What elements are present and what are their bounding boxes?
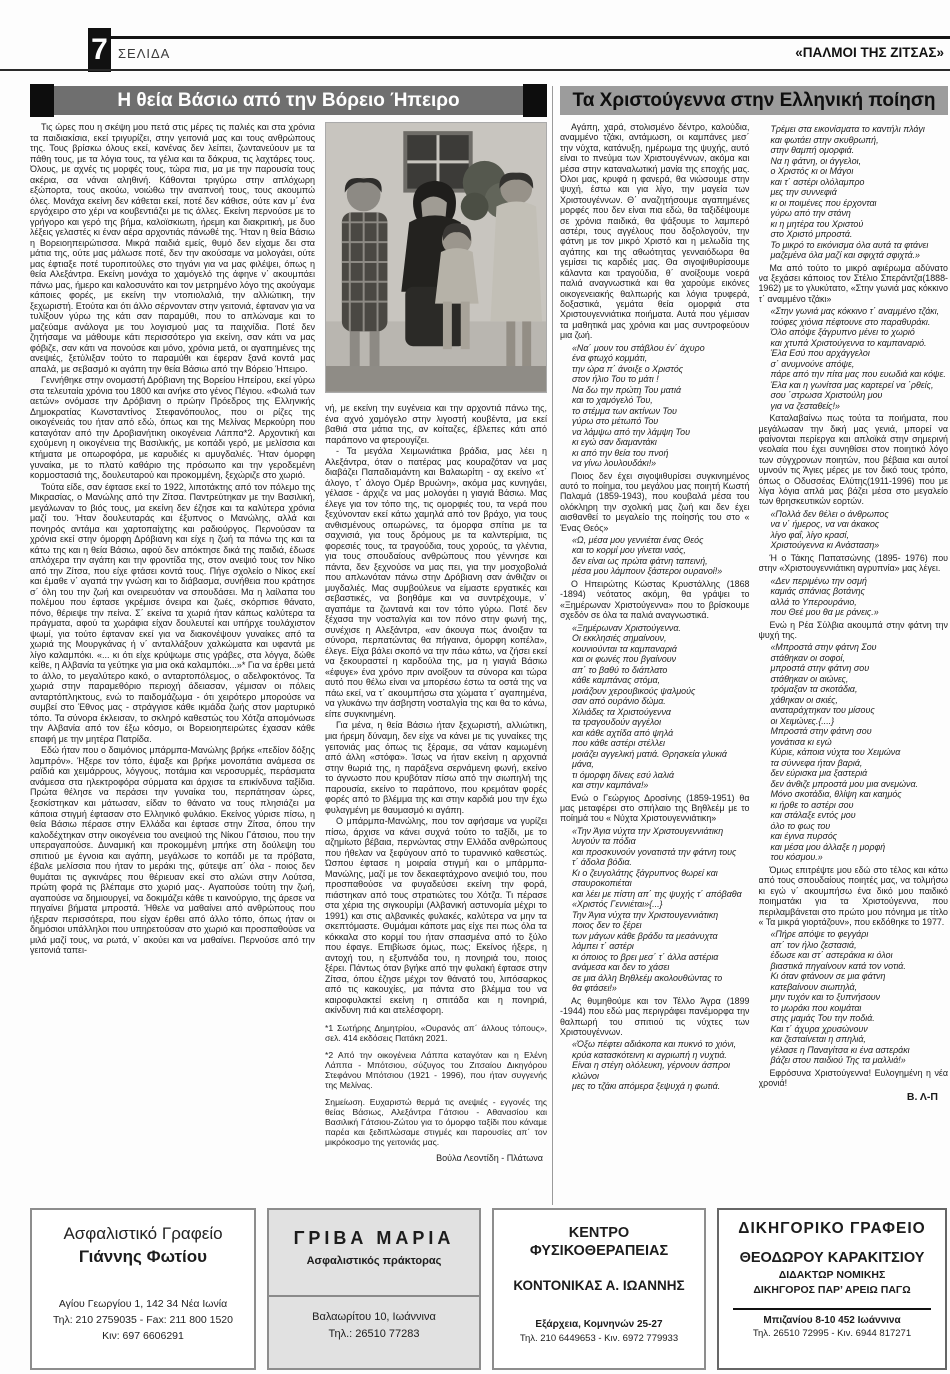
article-theia-vasio: Η θεία Βάσιω από την Βόρειο Ήπειρο Τις ώ… <box>30 86 547 1205</box>
ad-address: Βαλαωρίτου 10, Ιωάννινα <box>312 1309 436 1326</box>
page-label: ΣΕΛΙΔΑ <box>118 46 170 61</box>
paragraph: - Τα μεγάλα Χειμωνιάτικα βράδια, μας λέε… <box>325 446 547 719</box>
family-photo <box>325 122 547 393</box>
ad-address: Εξάρχεια, Κομνηνών 25-27 <box>535 1319 662 1330</box>
newspaper-page: 7 ΣΕΛΙΔΑ «ΠΑΛΜΟΙ ΤΗΣ ΖΙΤΣΑΣ» Η θεία Βάσι… <box>0 0 950 1374</box>
paragraph: Ο Ηπειρώτης Κώστας Κρυστάλλης (1868 -189… <box>560 579 750 621</box>
right-article-title: Τα Χριστούγεννα στην Ελληνική ποίηση <box>573 90 936 112</box>
ad-address: Μπιζανίου 8-10 452 Ιωάννινα <box>763 1315 900 1326</box>
poem-block: «Πήρε απόψε το φεγγάρι απ΄ τον ήλιο ζεστ… <box>771 929 949 1066</box>
ad-mobile: Κιν: 697 6606291 <box>53 1329 233 1345</box>
paragraph: Τις ώρες που η σκέψη μου πετά στις μέρες… <box>30 122 315 374</box>
poem-block: «Δεν περιμένω την οσμή καμιάς σπάνιας βο… <box>771 576 949 618</box>
paragraph: Ενώ ο Γεώργιος Δροσίνης (1859-1951) θα μ… <box>560 793 750 824</box>
poem-block: «Την Άγια νύχτα την Χριστουγεννιάτικη λυ… <box>572 826 750 994</box>
poem-block: «Να΄ μουν του στάβλου έν΄ άχυρο ένα φτωχ… <box>572 343 750 469</box>
paragraph: *1 Σωτήρης Δημητρίου, «Ουρανός απ΄ άλλου… <box>325 1023 547 1043</box>
ad-insurance-fotiou: Ασφαλιστικό Γραφείο Γιάννης Φωτίου Αγίου… <box>30 1208 256 1370</box>
titlebar-endblock-right <box>523 84 547 117</box>
right-article-column-2: Τρέμει στα εικονίσματα το καντήλι πλάγι … <box>759 122 949 1205</box>
ad-name: ΓΡΙΒΑ ΜΑΡΙΑ <box>294 1228 455 1249</box>
paragraph: Ενώ η Ρέα Σύλβια ακουμπά στην φάτνη την … <box>759 620 949 641</box>
left-article-titlebar: Η θεία Βάσιω από την Βόρειο Ήπειρο <box>30 86 547 115</box>
paragraph: Σημείωση. Ευχαριστώ θερμά τις ανεψιές - … <box>325 1097 547 1147</box>
article-christougenna-poiisi: Τα Χριστούγεννα στην Ελληνική ποίηση Αγά… <box>552 86 948 1205</box>
right-article-column-1: Αγάπη, χαρά, στολισμένο δέντρο, καλούδια… <box>560 122 750 1205</box>
paragraph: νή, με εκείνη την ευγένεια και την αρχον… <box>325 403 547 445</box>
titlebar-endblock-left <box>30 84 54 117</box>
poem-block: «Μπροστά στην φάτνη Σου στάθηκαν οι σοφο… <box>771 642 949 863</box>
ad-name: Γιάννης Φωτίου <box>79 1247 207 1267</box>
paragraph: Ο μπάρμπα-Μανώλης, που τον αφήσαμε να γυ… <box>325 816 547 1016</box>
paragraph: Μα από τούτο το μικρό αφιέρωμα αδύνατο ν… <box>759 263 949 305</box>
left-article-column-1: Τις ώρες που η σκέψη μου πετά στις μέρες… <box>30 122 315 1205</box>
paragraph: Αγάπη, χαρά, στολισμένο δέντρο, καλούδια… <box>560 122 750 341</box>
masthead: «ΠΑΛΜΟΙ ΤΗΣ ΖΙΤΣΑΣ» <box>795 45 944 60</box>
ad-title: ΔΙΚΗΓΟΡΙΚΟ ΓΡΑΦΕΙΟ <box>738 1220 925 1238</box>
ad-name: ΚΟΝΤΟΝΙΚΑΣ Α. ΙΩΑΝΝΗΣ <box>513 1278 684 1293</box>
poem-block: «Ξημέρωναν Χριστούγεννα. Οι εκκλησιές ση… <box>572 623 750 791</box>
ad-title: Ασφαλιστικό Γραφείο <box>63 1224 222 1244</box>
ad-phone: Τηλ. 26510 72995 - Κιν. 6944 817271 <box>753 1328 911 1339</box>
paragraph: Όμως επιτρέψτε μου εδώ στο τέλος και κάτ… <box>759 865 949 927</box>
ad-address: Αγίου Γεωργίου 1, 142 34 Νέα Ιωνία <box>53 1297 233 1313</box>
poem-block: Τρέμει στα εικονίσματα το καντήλι πλάγι … <box>771 124 949 261</box>
paragraph: Ποιος δεν έχει σιγοψιθυρίσει συγκινημένο… <box>560 471 750 533</box>
ad-law-office-karakitsiou: ΔΙΚΗΓΟΡΙΚΟ ΓΡΑΦΕΙΟ ΘΕΟΔΩΡΟΥ ΚΑΡΑΚΙΤΣΙΟΥ … <box>717 1208 947 1370</box>
advertisements-row: Ασφαλιστικό Γραφείο Γιάννης Φωτίου Αγίου… <box>30 1208 948 1370</box>
page-number: 7 <box>88 28 111 72</box>
paragraph: Γεννήθηκε στην ονομαστή Δρόβιανη της Βορ… <box>30 375 315 480</box>
ad-divider <box>733 1308 932 1310</box>
paragraph: Τούτα είδε, σαν έφτασε εκεί το 1922, λιπ… <box>30 482 315 745</box>
ad-divider <box>269 1295 479 1297</box>
ad-role: Ασφαλιστικός πράκτορας <box>307 1255 442 1267</box>
paragraph: Εφρόσυνα Χριστούγεννα! Ευλογημένη η νέα … <box>759 1068 949 1089</box>
paragraph: Για μένα, η θεία Βάσιω ήταν ξεχωριστή, α… <box>325 720 547 815</box>
author-signature: Βούλα Λεοντίδη - Πλάτωνα <box>325 1153 547 1164</box>
ad-credential: ΔΙΔΑΚΤΩΡ ΝΟΜΙΚΗΣ <box>779 1269 886 1281</box>
ad-phone: Τηλ.: 26510 77283 <box>329 1326 420 1343</box>
poem-block: «Ω, μέσα μου γεννιέται ένας Θεός και το … <box>572 535 750 577</box>
poem-block: «Στην γωνιά μας κόκκινο τ΄ αναμμένο τζάκ… <box>771 306 949 411</box>
right-article-titlebar: Τα Χριστούγεννα στην Ελληνική ποίηση <box>560 86 948 115</box>
ad-credential: ΔΙΚΗΓΟΡΟΣ ΠΑΡ’ ΑΡΕΙΩ ΠΑΓΩ <box>753 1284 910 1296</box>
header-top-rule <box>108 36 950 39</box>
left-article-column-2-text: νή, με εκείνη την ευγένεια και την αρχον… <box>325 403 547 1164</box>
author-signature: Β. Λ-Π <box>759 1091 949 1103</box>
poem-block: «Πολλά δεν θέλει ο άνθρωπος να ν΄ ήμερος… <box>771 509 949 551</box>
paragraph: Ή ο Τάκης Παπατσώνης (1895- 1976) που στ… <box>759 553 949 574</box>
ad-physiotherapy-kontonikas: ΚΕΝΤΡΟ ΦΥΣΙΚΟΘΕΡΑΠΕΙΑΣ ΚΟΝΤΟΝΙΚΑΣ Α. ΙΩΑ… <box>492 1208 706 1370</box>
ad-name: ΘΕΟΔΩΡΟΥ ΚΑΡΑΚΙΤΣΙΟΥ <box>740 1250 925 1266</box>
paragraph: *2 Από την οικογένεια Λάππα καταγόταν κα… <box>325 1050 547 1090</box>
ad-phone: Τηλ: 210 2759035 - Fax: 211 800 1520 <box>53 1313 233 1329</box>
paragraph: Ας θυμηθούμε και τον Τέλλο Άγρα (1899 -1… <box>560 996 750 1038</box>
left-article-title: Η θεία Βάσιω από την Βόρειο Ήπειρο <box>117 90 459 112</box>
ad-griva-maria: ΓΡΙΒΑ ΜΑΡΙΑ Ασφαλιστικός πράκτορας Βαλαω… <box>267 1208 481 1370</box>
paragraph: Καταλαβαίνω πως τούτα τα ποιήματα, που μ… <box>759 413 949 507</box>
ad-phone: Τηλ. 210 6449653 - Κιν. 6972 779933 <box>520 1333 678 1344</box>
paragraph: Εδώ ήταν που ο δαιμόνιος μπάρμπα-Μανώλης… <box>30 745 315 955</box>
poem-block: «Όξω πέφτει αδιάκοπα και πυκνό το χιόνι,… <box>572 1039 750 1092</box>
header-bottom-rule <box>0 69 950 71</box>
ad-title: ΚΕΝΤΡΟ ΦΥΣΙΚΟΘΕΡΑΠΕΙΑΣ <box>529 1224 669 1260</box>
left-article-column-2: νή, με εκείνη την ευγένεια και την αρχον… <box>325 122 547 1205</box>
